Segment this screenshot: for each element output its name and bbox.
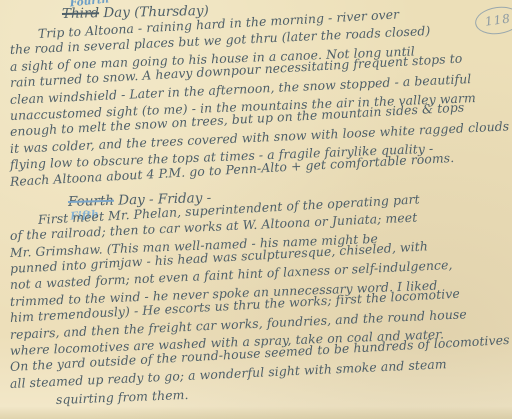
struck-day-word: Third Fourth — [62, 4, 100, 24]
entry-friday: First meet Mr. Phelan, superintendent of… — [10, 212, 506, 409]
journal-page: 118 Third Fourth Day (Thursday) Trip to … — [0, 0, 512, 419]
entry-thursday: Trip to Altoona - raining hard in the mo… — [10, 26, 506, 190]
